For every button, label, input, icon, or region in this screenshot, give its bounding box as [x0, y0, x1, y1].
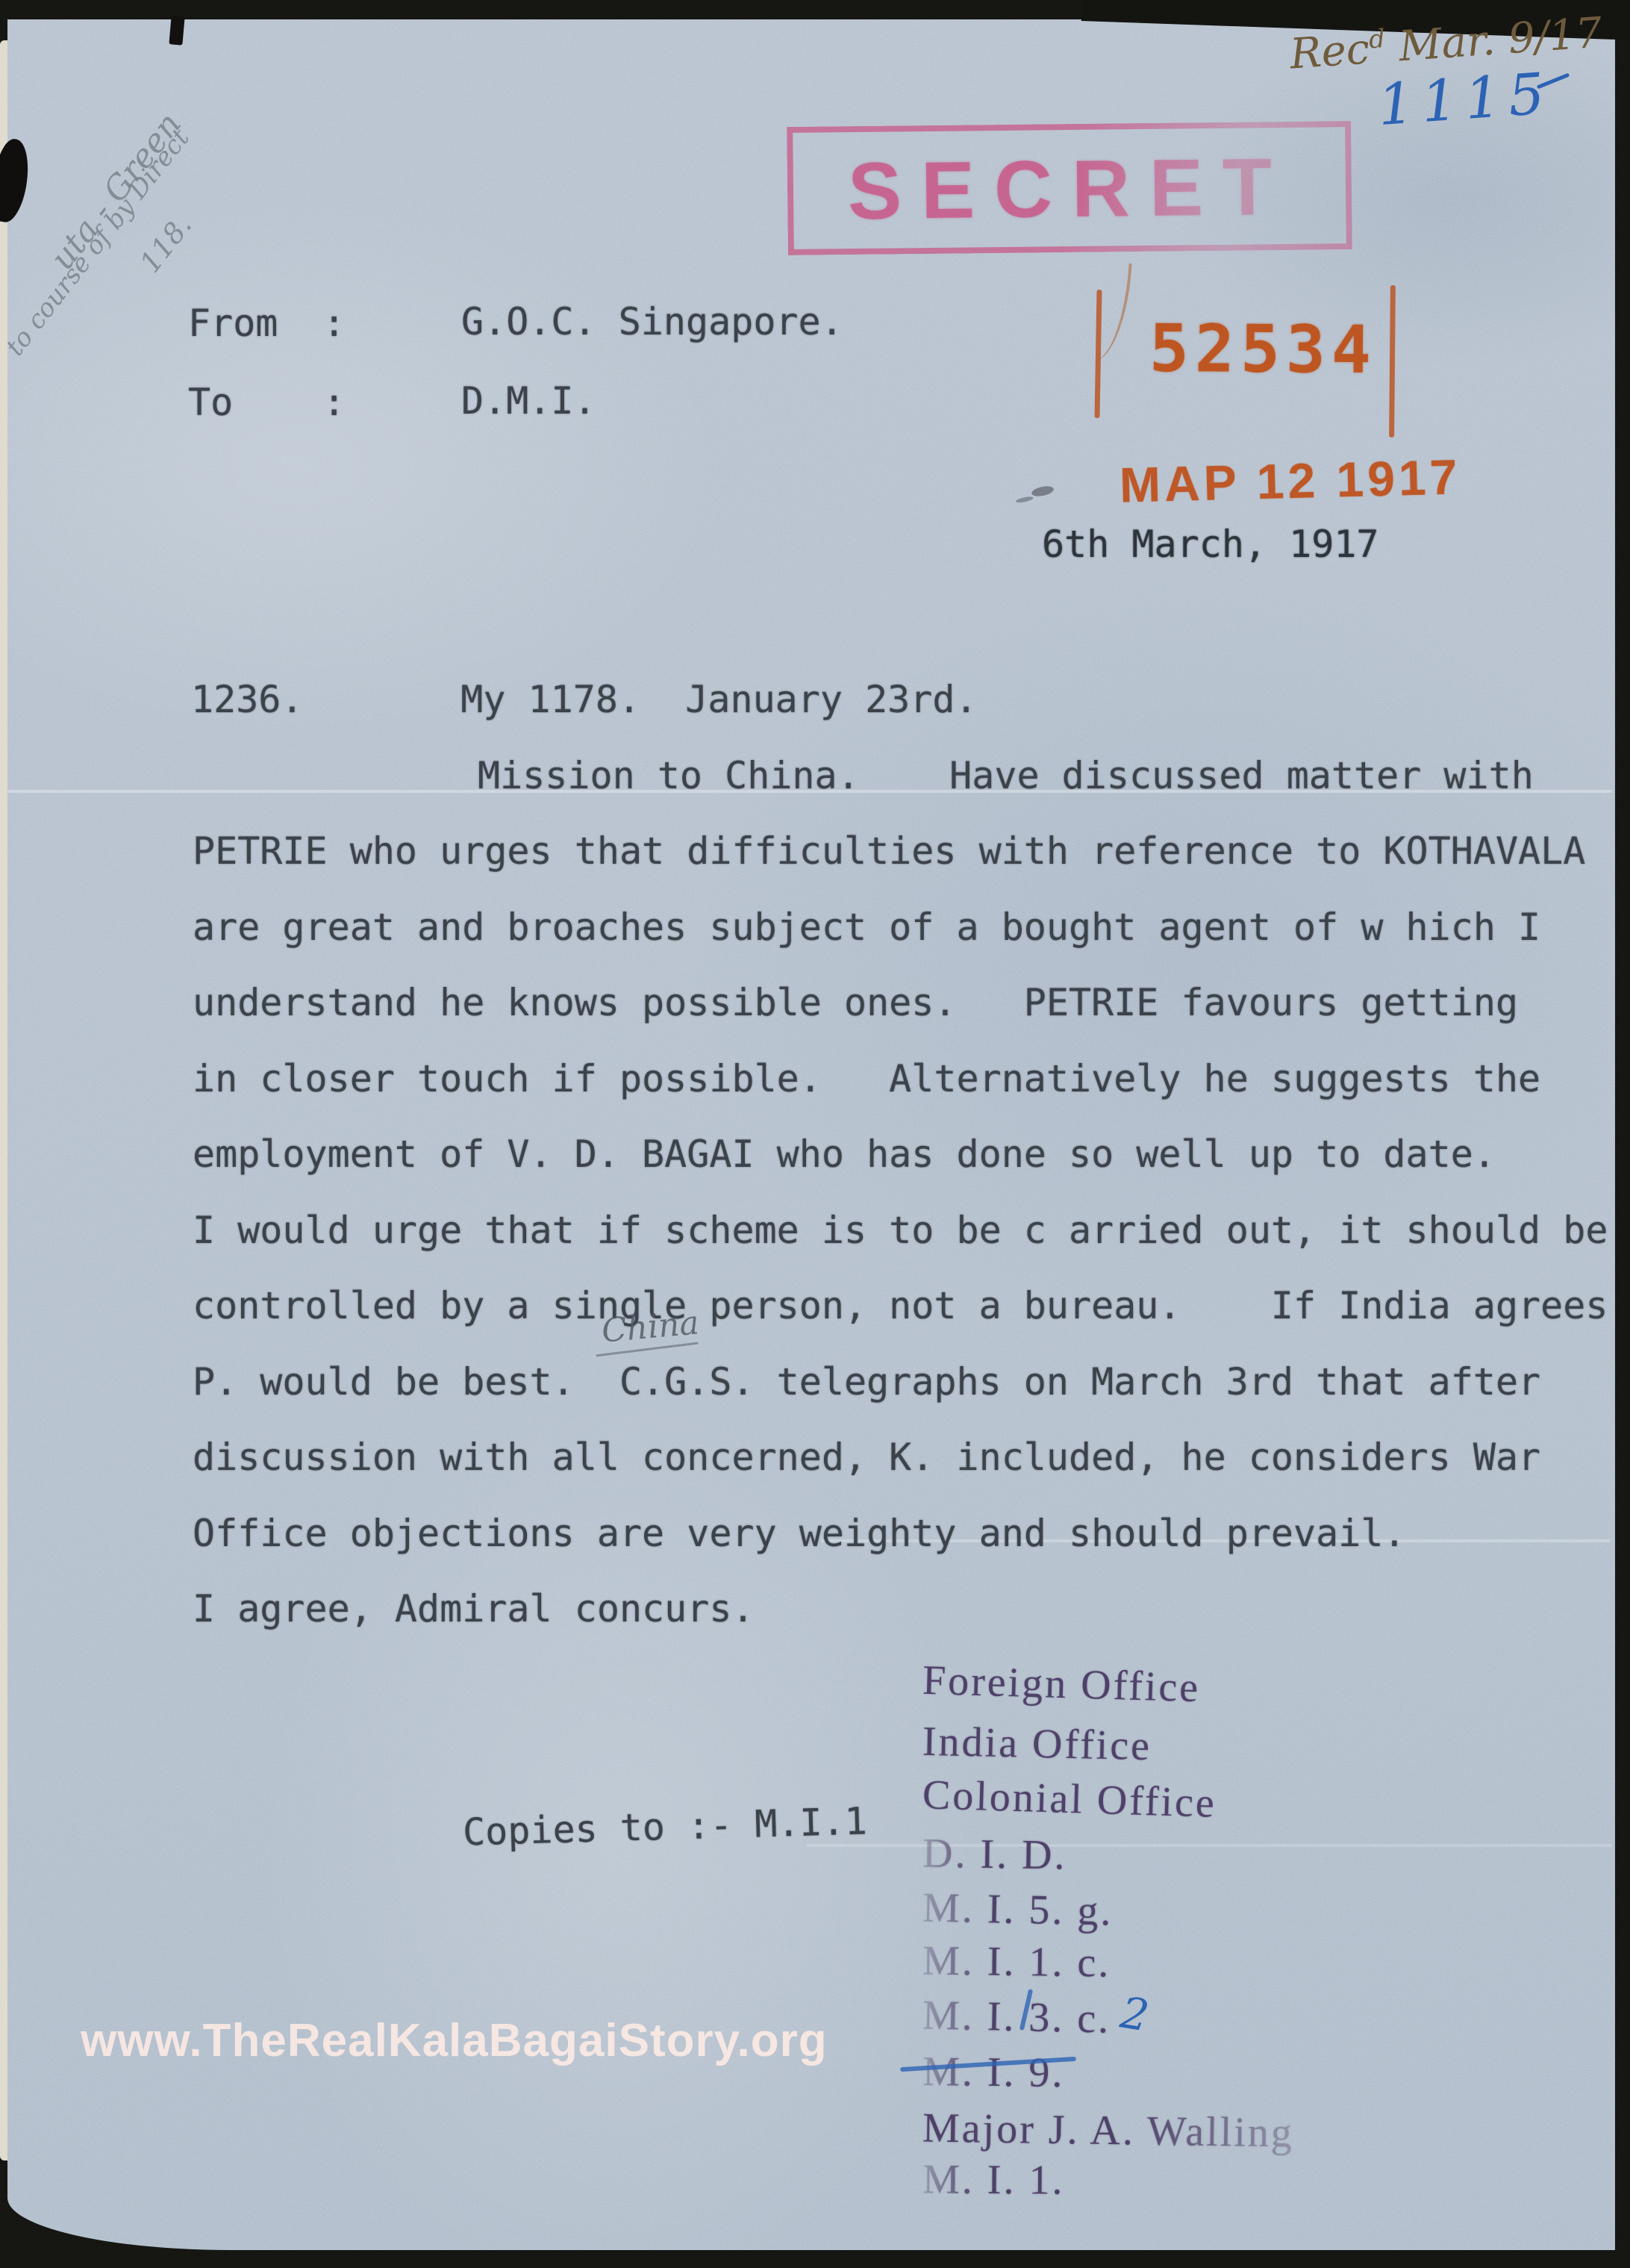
copies-list-item: M. I. 5. g.: [922, 1884, 1114, 1936]
from-value: G.O.C. Singapore.: [461, 300, 843, 343]
registry-number-stamp: 52534: [1149, 310, 1378, 388]
file-number-note: 1115: [1375, 60, 1554, 138]
body-line: employment of V. D. BAGAI who has done s…: [193, 1133, 1496, 1176]
copies-list-item: D. I. D.: [922, 1830, 1067, 1880]
copies-list-item: Major J. A. Walling: [922, 2105, 1295, 2158]
body-line: P. would be best. C.G.S. telegraphs on M…: [193, 1360, 1540, 1404]
body-line: I agree, Admiral concurs.: [193, 1587, 755, 1630]
body-line: controlled by a single person, not a bur…: [193, 1284, 1608, 1327]
body-line: I would urge that if scheme is to be c a…: [193, 1209, 1608, 1252]
body-line: understand he knows possible ones. PETRI…: [193, 981, 1518, 1024]
copies-list-item: Colonial Office: [922, 1771, 1217, 1828]
copies-list-item: M. I. 1.: [922, 2155, 1065, 2204]
top-edge-notch: [169, 16, 184, 45]
body-line: Mission to China. Have discussed matter …: [478, 754, 1534, 797]
to-label: To :: [188, 381, 346, 424]
body-line: discussion with all concerned, K. includ…: [193, 1436, 1540, 1479]
body-line: in closer touch if possible. Alternative…: [193, 1057, 1540, 1100]
copies-list-item: India Office: [922, 1718, 1152, 1770]
body-line: PETRIE who urges that difficulties with …: [193, 829, 1585, 873]
secret-stamp-text: SECRET: [847, 139, 1291, 237]
watermark: www.TheRealKalaBagaiStory.org: [81, 2014, 828, 2067]
copies-list-item: M. I. 9.: [922, 2048, 1065, 2097]
secret-stamp: SECRET: [787, 121, 1352, 255]
to-value: D.M.I.: [461, 379, 596, 423]
copies-list-item: M. I. 1. c.: [922, 1937, 1111, 1987]
document-scan: uta - Green to course of by Direct 118. …: [0, 0, 1630, 2268]
body-line: are great and broaches subject of a boug…: [193, 906, 1540, 949]
from-label: From :: [188, 302, 346, 345]
body-line: 1236. My 1178. January 23rd.: [191, 678, 978, 721]
typed-date: 6th March, 1917: [1042, 523, 1379, 566]
date-received-stamp: MAP 12 1917: [1119, 448, 1461, 513]
copies-list-item: Foreign Office: [922, 1657, 1201, 1712]
copies-list-item: M. I. 3. c.: [922, 1991, 1111, 2043]
body-line: Office objections are very weighty and s…: [193, 1512, 1406, 1555]
received-note-text: Rec: [1288, 25, 1371, 78]
